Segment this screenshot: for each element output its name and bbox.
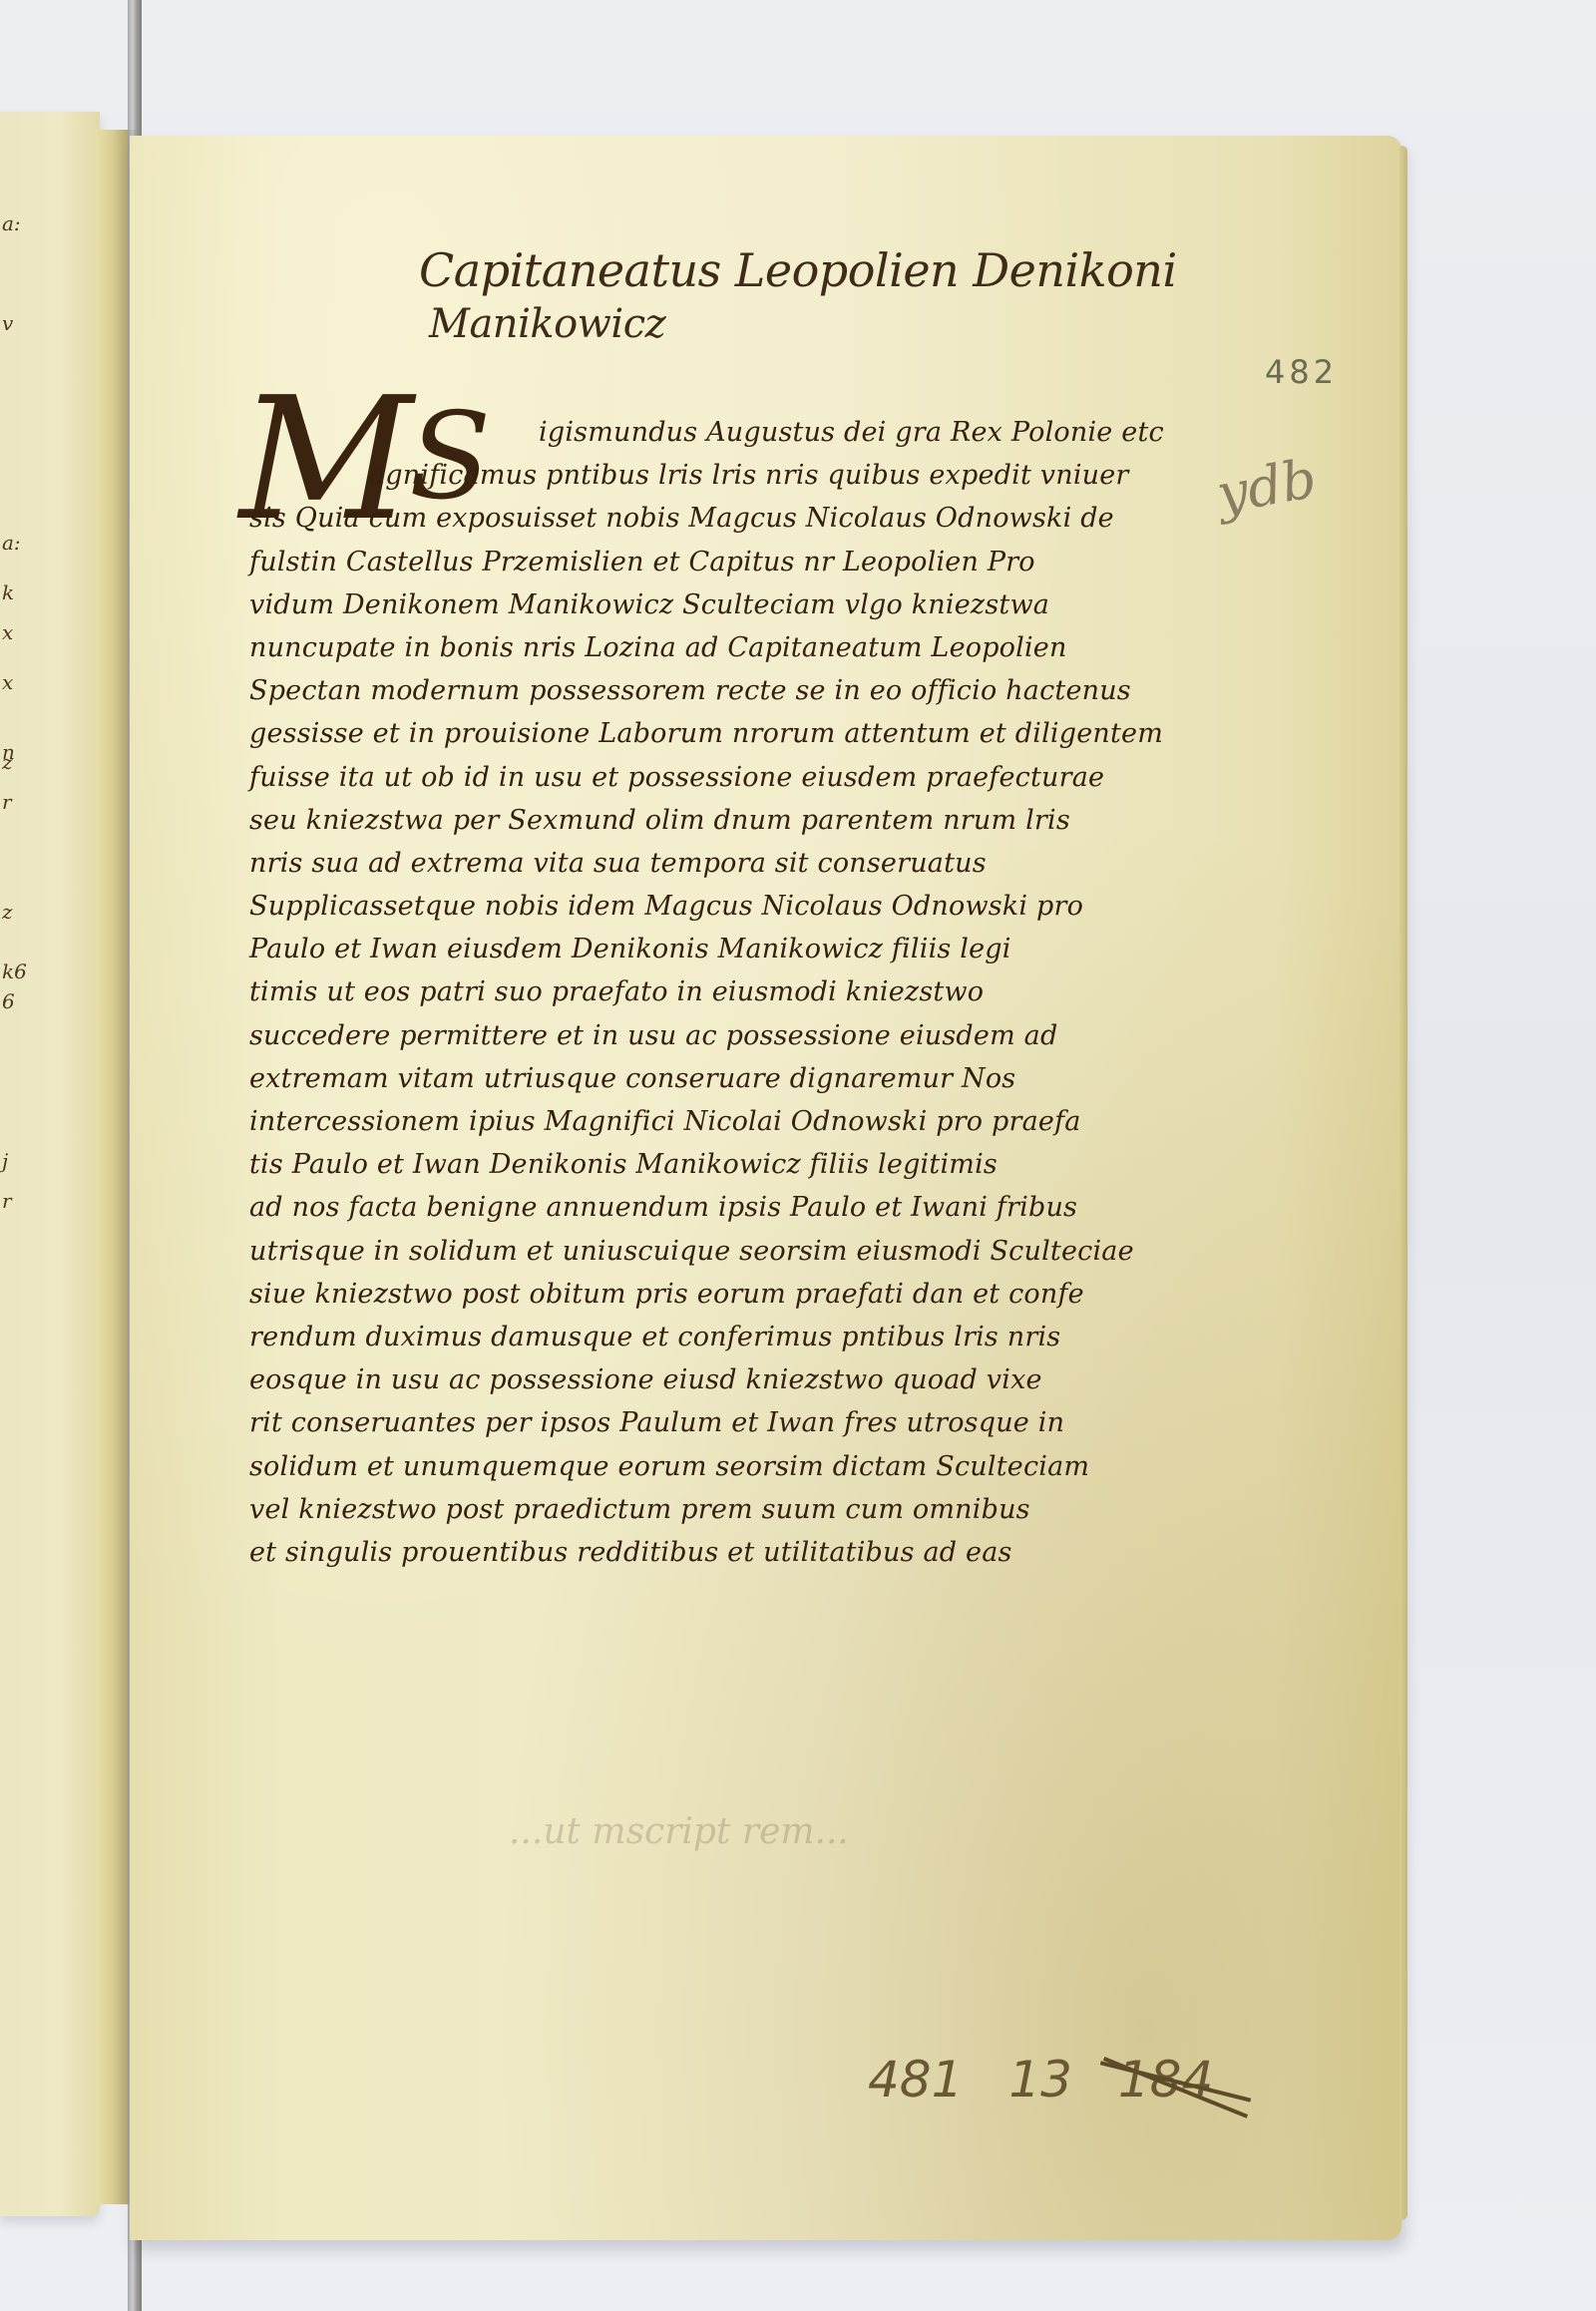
- text-line: siue kniezstwo post obitum pris eorum pr…: [249, 1273, 1287, 1316]
- verso-fragment: a:: [2, 211, 21, 235]
- text-line: solidum et unumquemque eorum seorsim dic…: [249, 1445, 1287, 1488]
- text-line: fuisse ita ut ob id in usu et possession…: [249, 756, 1287, 799]
- text-line: sis Quia cum exposuisset nobis Magcus Ni…: [249, 497, 1287, 540]
- verso-fragment: k: [2, 580, 14, 604]
- recto-page: Capitaneatus Leopolien Denikoni Manikowi…: [130, 136, 1401, 2240]
- verso-fragment: z: [2, 900, 13, 924]
- text-line: seu kniezstwa per Sexmund olim dnum pare…: [249, 799, 1287, 842]
- text-line: tis Paulo et Iwan Denikonis Manikowicz f…: [249, 1143, 1287, 1186]
- text-line: timis ut eos patri suo praefato in eiusm…: [249, 970, 1287, 1013]
- text-line: Spectan modernum possessorem recte se in…: [249, 669, 1287, 712]
- text-line: rit conseruantes per ipsos Paulum et Iwa…: [249, 1401, 1287, 1444]
- verso-fragment: k6: [2, 960, 27, 983]
- text-line: vidum Denikonem Manikowicz Sculteciam vl…: [249, 583, 1287, 626]
- text-line: eosque in usu ac possessione eiusd kniez…: [249, 1358, 1287, 1401]
- verso-fragment: j: [2, 1149, 8, 1173]
- text-line: gessisse et in prouisione Laborum nrorum…: [249, 712, 1287, 755]
- text-line: Paulo et Iwan eiusdem Denikonis Manikowi…: [249, 928, 1287, 970]
- heading-line-2: Manikowicz: [419, 297, 1177, 351]
- text-line: Supplicassetque nobis idem Magcus Nicola…: [249, 885, 1287, 928]
- bottom-folio-marks: 481 13 184: [868, 2051, 1243, 2109]
- folio-number: 482: [1265, 353, 1338, 391]
- charter-text: igismundus Augustus dei gra Rex Polonie …: [249, 411, 1287, 1574]
- show-through-text: ...ut mscript rem...: [509, 1811, 849, 1852]
- heading-line-1: Capitaneatus Leopolien Denikoni: [419, 243, 1177, 297]
- verso-fragment: 6: [2, 989, 15, 1013]
- entry-heading: Capitaneatus Leopolien Denikoni Manikowi…: [419, 243, 1177, 351]
- verso-fragment: x: [2, 670, 13, 694]
- secondary-number: 13: [1008, 2051, 1072, 2109]
- verso-fragment: v: [2, 311, 13, 335]
- text-line: vel kniezstwo post praedictum prem suum …: [249, 1488, 1287, 1531]
- text-line: extremam vitam utriusque conseruare dign…: [249, 1057, 1287, 1100]
- text-line: ad nos facta benigne annuendum ipsis Pau…: [249, 1186, 1287, 1229]
- verso-fragment: x: [2, 620, 13, 644]
- text-line: rendum duximus damusque et conferimus pn…: [249, 1316, 1287, 1358]
- verso-fragment: r: [2, 790, 12, 814]
- text-line: et singulis prouentibus redditibus et ut…: [249, 1531, 1287, 1574]
- text-line: nuncupate in bonis nris Lozina ad Capita…: [249, 626, 1287, 669]
- text-line: agnificamus pntibus lris lris nris quibu…: [249, 454, 1287, 497]
- verso-page-edge: a: v a: k x x z n r z k6 6 j r: [0, 112, 100, 2216]
- old-folio-number: 481: [868, 2051, 963, 2109]
- page-edge: [1399, 146, 1407, 2220]
- text-line: igismundus Augustus dei gra Rex Polonie …: [249, 411, 1287, 454]
- text-line: succedere permittere et in usu ac posses…: [249, 1014, 1287, 1057]
- text-line: utrisque in solidum et uniuscuique seors…: [249, 1230, 1287, 1273]
- text-line: nris sua ad extrema vita sua tempora sit…: [249, 842, 1287, 885]
- verso-fragment: a:: [2, 531, 21, 555]
- text-line: fulstin Castellus Przemislien et Capitus…: [249, 541, 1287, 583]
- verso-text-fragments: a: v a: k x x z n r z k6 6 j r: [0, 112, 24, 2216]
- verso-fragment: n: [2, 740, 15, 764]
- struck-through-number: 184: [1118, 2051, 1213, 2109]
- verso-fragment: r: [2, 1189, 12, 1213]
- text-line: intercessionem ipius Magnifici Nicolai O…: [249, 1100, 1287, 1143]
